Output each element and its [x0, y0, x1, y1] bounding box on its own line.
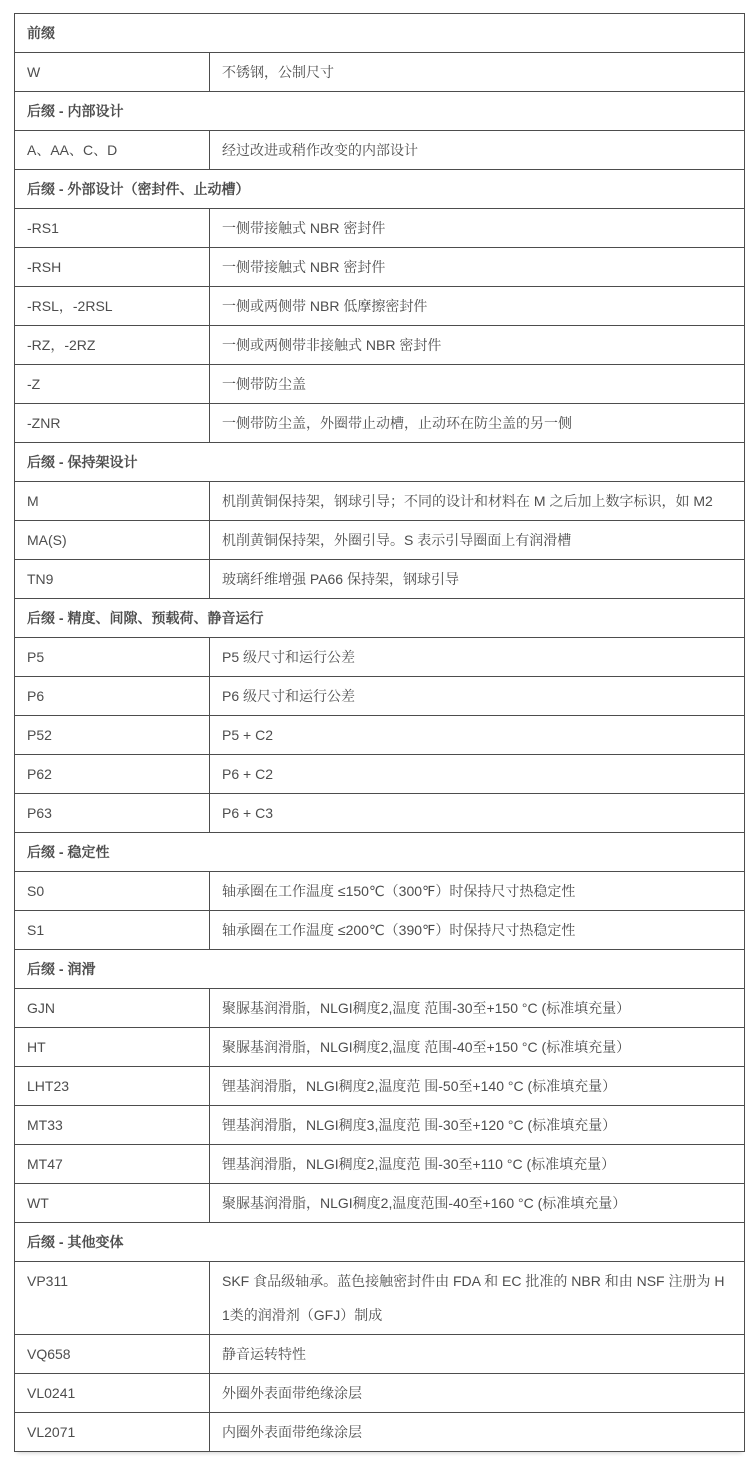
code-cell: LHT23 — [15, 1067, 210, 1106]
code-cell: -RS1 — [15, 209, 210, 248]
description-cell: 锂基润滑脂，NLGI稠度2,温度范 围-30至+110 °C (标准填充量） — [210, 1145, 745, 1184]
description-cell: P5 级尺寸和运行公差 — [210, 638, 745, 677]
code-cell: A、AA、C、D — [15, 131, 210, 170]
description-cell: 一侧带接触式 NBR 密封件 — [210, 248, 745, 287]
description-cell: 一侧或两侧带 NBR 低摩擦密封件 — [210, 287, 745, 326]
table-row: VL2071内圈外表面带绝缘涂层 — [15, 1413, 745, 1452]
description-cell: 玻璃纤维增强 PA66 保持架，钢球引导 — [210, 560, 745, 599]
description-cell: 聚脲基润滑脂，NLGI稠度2,温度范围-40至+160 °C (标准填充量） — [210, 1184, 745, 1223]
table-row: A、AA、C、D经过改进或稍作改变的内部设计 — [15, 131, 745, 170]
code-cell: MA(S) — [15, 521, 210, 560]
description-cell: 一侧带接触式 NBR 密封件 — [210, 209, 745, 248]
description-cell: P6 + C3 — [210, 794, 745, 833]
description-cell: 内圈外表面带绝缘涂层 — [210, 1413, 745, 1452]
table-row: VP311SKF 食品级轴承。蓝色接触密封件由 FDA 和 EC 批准的 NBR… — [15, 1262, 745, 1335]
description-cell: 锂基润滑脂，NLGI稠度3,温度范 围-30至+120 °C (标准填充量） — [210, 1106, 745, 1145]
section-header-label: 后缀 - 保持架设计 — [15, 443, 745, 482]
code-cell: W — [15, 53, 210, 92]
description-cell: 外圈外表面带绝缘涂层 — [210, 1374, 745, 1413]
table-row: -ZNR一侧带防尘盖，外圈带止动槽，止动环在防尘盖的另一侧 — [15, 404, 745, 443]
table-row: P6P6 级尺寸和运行公差 — [15, 677, 745, 716]
section-header-row: 后缀 - 保持架设计 — [15, 443, 745, 482]
page-container: 前缀W不锈钢，公制尺寸后缀 - 内部设计A、AA、C、D经过改进或稍作改变的内部… — [0, 0, 750, 1458]
table-row: -RSL，-2RSL一侧或两侧带 NBR 低摩擦密封件 — [15, 287, 745, 326]
description-cell: 经过改进或稍作改变的内部设计 — [210, 131, 745, 170]
code-cell: GJN — [15, 989, 210, 1028]
code-cell: -RSH — [15, 248, 210, 287]
code-cell: VL2071 — [15, 1413, 210, 1452]
table-row: P5P5 级尺寸和运行公差 — [15, 638, 745, 677]
table-row: GJN聚脲基润滑脂，NLGI稠度2,温度 范围-30至+150 °C (标准填充… — [15, 989, 745, 1028]
description-cell: 机削黄铜保持架，钢球引导；不同的设计和材料在 M 之后加上数字标识，如 M2 — [210, 482, 745, 521]
description-cell: SKF 食品级轴承。蓝色接触密封件由 FDA 和 EC 批准的 NBR 和由 N… — [210, 1262, 745, 1335]
code-cell: -RZ，-2RZ — [15, 326, 210, 365]
code-cell: P52 — [15, 716, 210, 755]
code-cell: S0 — [15, 872, 210, 911]
section-header-label: 前缀 — [15, 14, 745, 53]
description-cell: 机削黄铜保持架，外圈引导。S 表示引导圈面上有润滑槽 — [210, 521, 745, 560]
section-header-row: 后缀 - 外部设计（密封件、止动槽） — [15, 170, 745, 209]
description-cell: P6 + C2 — [210, 755, 745, 794]
code-cell: TN9 — [15, 560, 210, 599]
code-cell: -ZNR — [15, 404, 210, 443]
table-row: S0轴承圈在工作温度 ≤150℃（300℉）时保持尺寸热稳定性 — [15, 872, 745, 911]
code-cell: -Z — [15, 365, 210, 404]
section-header-label: 后缀 - 精度、间隙、预载荷、静音运行 — [15, 599, 745, 638]
table-row: S1轴承圈在工作温度 ≤200℃（390℉）时保持尺寸热稳定性 — [15, 911, 745, 950]
table-row: -Z一侧带防尘盖 — [15, 365, 745, 404]
description-cell: 轴承圈在工作温度 ≤200℃（390℉）时保持尺寸热稳定性 — [210, 911, 745, 950]
table-row: P62P6 + C2 — [15, 755, 745, 794]
description-cell: P5 + C2 — [210, 716, 745, 755]
description-cell: P6 级尺寸和运行公差 — [210, 677, 745, 716]
table-row: HT聚脲基润滑脂，NLGI稠度2,温度 范围-40至+150 °C (标准填充量… — [15, 1028, 745, 1067]
designation-table-body: 前缀W不锈钢，公制尺寸后缀 - 内部设计A、AA、C、D经过改进或稍作改变的内部… — [15, 14, 745, 1452]
section-header-label: 后缀 - 外部设计（密封件、止动槽） — [15, 170, 745, 209]
description-cell: 静音运转特性 — [210, 1335, 745, 1374]
code-cell: MT33 — [15, 1106, 210, 1145]
table-row: P52P5 + C2 — [15, 716, 745, 755]
code-cell: S1 — [15, 911, 210, 950]
section-header-row: 后缀 - 润滑 — [15, 950, 745, 989]
description-cell: 一侧带防尘盖，外圈带止动槽，止动环在防尘盖的另一侧 — [210, 404, 745, 443]
code-cell: -RSL，-2RSL — [15, 287, 210, 326]
table-row: VL0241外圈外表面带绝缘涂层 — [15, 1374, 745, 1413]
section-header-label: 后缀 - 润滑 — [15, 950, 745, 989]
table-row: M机削黄铜保持架，钢球引导；不同的设计和材料在 M 之后加上数字标识，如 M2 — [15, 482, 745, 521]
bearing-designation-table: 前缀W不锈钢，公制尺寸后缀 - 内部设计A、AA、C、D经过改进或稍作改变的内部… — [14, 13, 745, 1452]
table-row: WT聚脲基润滑脂，NLGI稠度2,温度范围-40至+160 °C (标准填充量） — [15, 1184, 745, 1223]
section-header-row: 后缀 - 稳定性 — [15, 833, 745, 872]
table-row: W不锈钢，公制尺寸 — [15, 53, 745, 92]
table-row: -RSH一侧带接触式 NBR 密封件 — [15, 248, 745, 287]
description-cell: 聚脲基润滑脂，NLGI稠度2,温度 范围-40至+150 °C (标准填充量） — [210, 1028, 745, 1067]
code-cell: M — [15, 482, 210, 521]
code-cell: VQ658 — [15, 1335, 210, 1374]
description-cell: 不锈钢，公制尺寸 — [210, 53, 745, 92]
table-row: -RS1一侧带接触式 NBR 密封件 — [15, 209, 745, 248]
section-header-label: 后缀 - 其他变体 — [15, 1223, 745, 1262]
section-header-row: 后缀 - 精度、间隙、预载荷、静音运行 — [15, 599, 745, 638]
table-row: TN9玻璃纤维增强 PA66 保持架，钢球引导 — [15, 560, 745, 599]
description-cell: 一侧或两侧带非接触式 NBR 密封件 — [210, 326, 745, 365]
description-cell: 一侧带防尘盖 — [210, 365, 745, 404]
section-header-label: 后缀 - 稳定性 — [15, 833, 745, 872]
section-header-row: 后缀 - 内部设计 — [15, 92, 745, 131]
section-header-label: 后缀 - 内部设计 — [15, 92, 745, 131]
description-cell: 轴承圈在工作温度 ≤150℃（300℉）时保持尺寸热稳定性 — [210, 872, 745, 911]
code-cell: VP311 — [15, 1262, 210, 1335]
table-row: MT33锂基润滑脂，NLGI稠度3,温度范 围-30至+120 °C (标准填充… — [15, 1106, 745, 1145]
code-cell: P6 — [15, 677, 210, 716]
table-row: MA(S)机削黄铜保持架，外圈引导。S 表示引导圈面上有润滑槽 — [15, 521, 745, 560]
section-header-row: 后缀 - 其他变体 — [15, 1223, 745, 1262]
description-cell: 锂基润滑脂，NLGI稠度2,温度范 围-50至+140 °C (标准填充量） — [210, 1067, 745, 1106]
table-row: MT47锂基润滑脂，NLGI稠度2,温度范 围-30至+110 °C (标准填充… — [15, 1145, 745, 1184]
table-row: -RZ，-2RZ一侧或两侧带非接触式 NBR 密封件 — [15, 326, 745, 365]
table-row: P63P6 + C3 — [15, 794, 745, 833]
code-cell: P5 — [15, 638, 210, 677]
code-cell: P63 — [15, 794, 210, 833]
table-row: LHT23锂基润滑脂，NLGI稠度2,温度范 围-50至+140 °C (标准填… — [15, 1067, 745, 1106]
code-cell: HT — [15, 1028, 210, 1067]
section-header-row: 前缀 — [15, 14, 745, 53]
code-cell: MT47 — [15, 1145, 210, 1184]
code-cell: VL0241 — [15, 1374, 210, 1413]
code-cell: P62 — [15, 755, 210, 794]
code-cell: WT — [15, 1184, 210, 1223]
description-cell: 聚脲基润滑脂，NLGI稠度2,温度 范围-30至+150 °C (标准填充量） — [210, 989, 745, 1028]
table-row: VQ658静音运转特性 — [15, 1335, 745, 1374]
